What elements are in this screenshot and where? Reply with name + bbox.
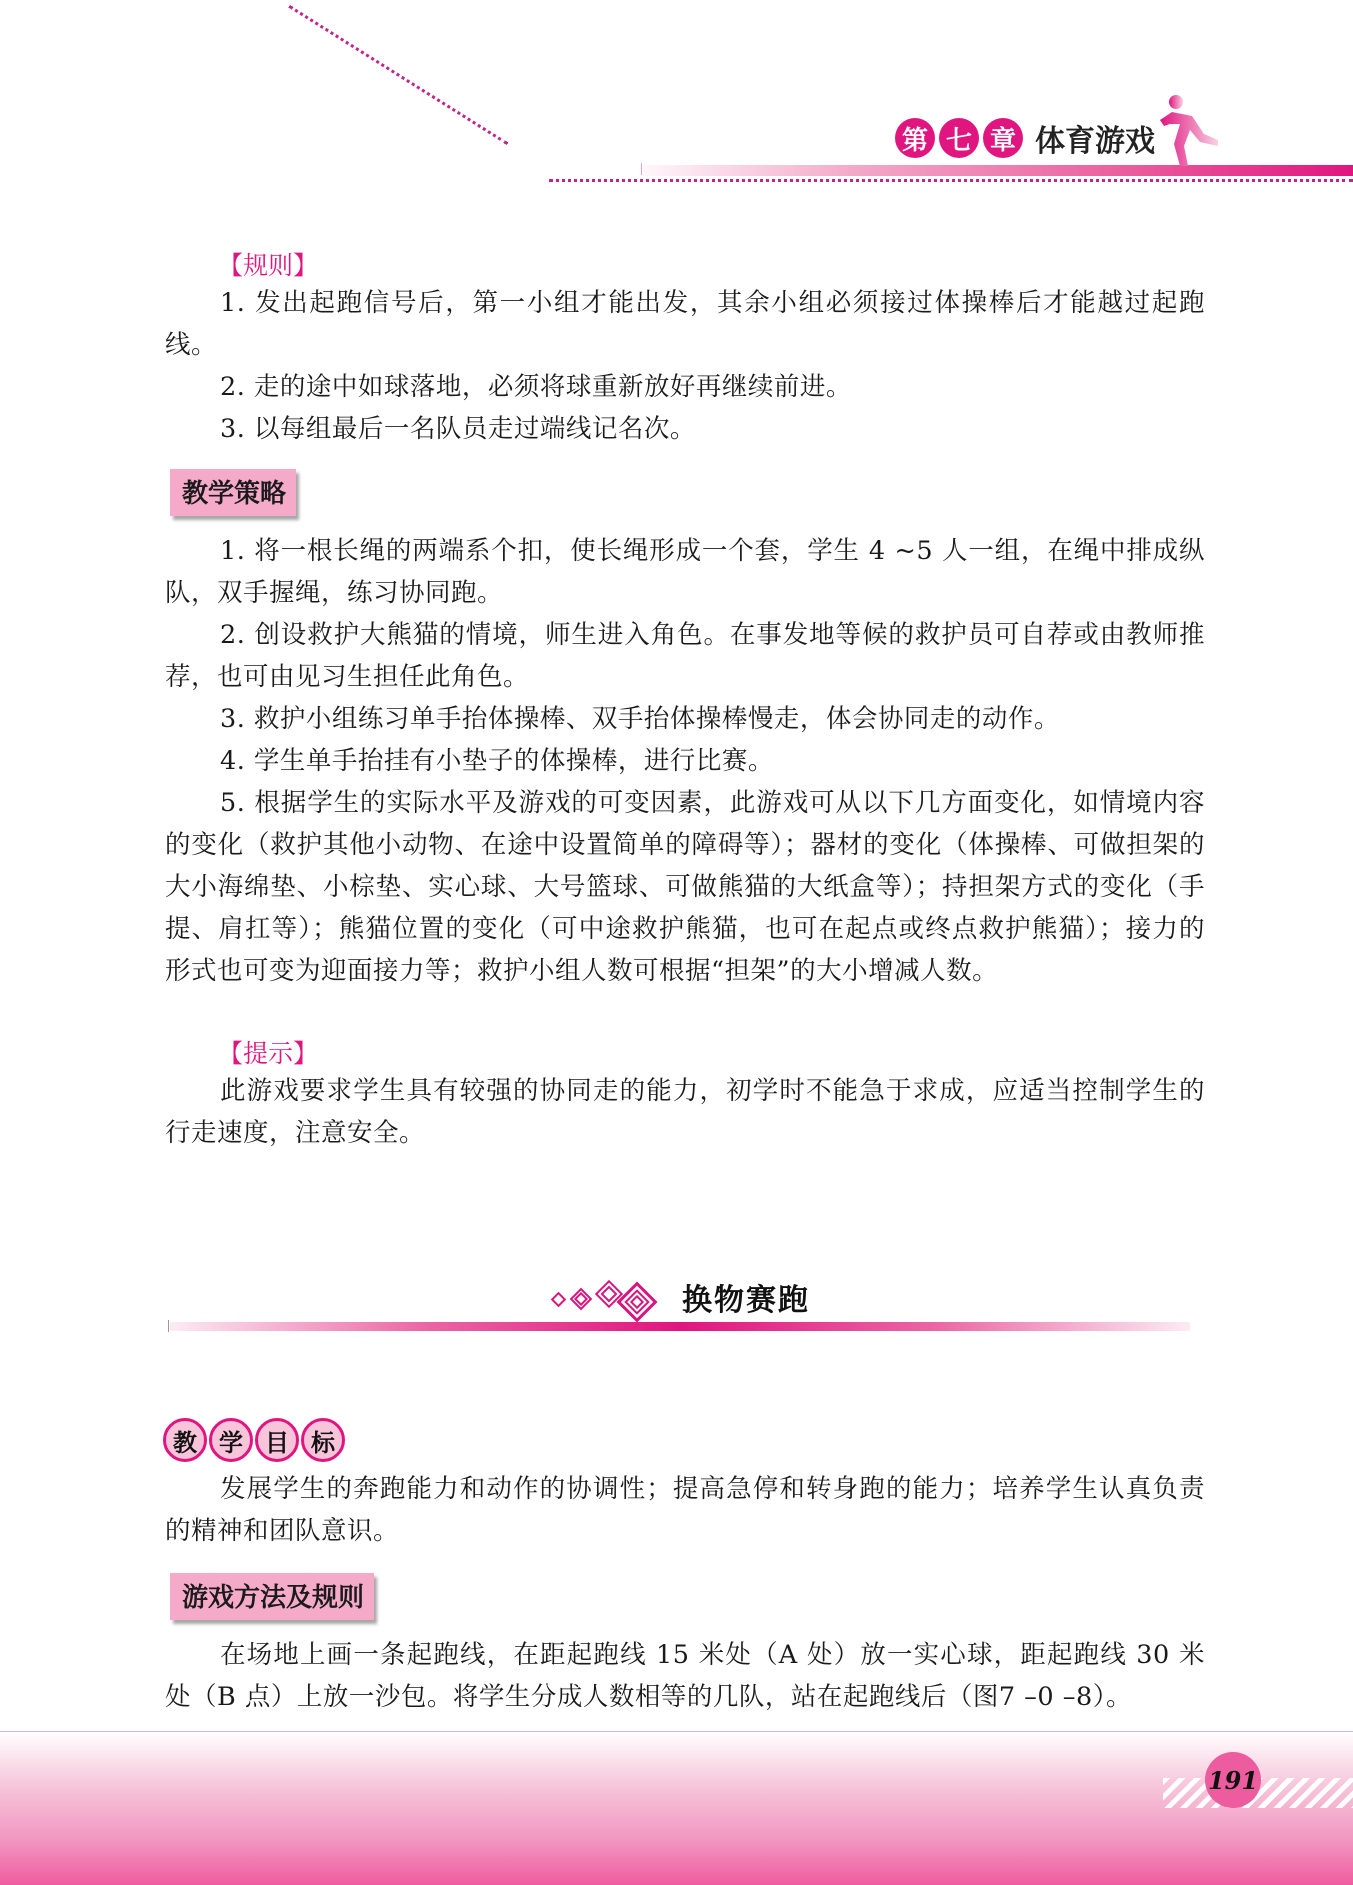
objective-char-circle: 学 — [209, 1418, 253, 1462]
strategy-tag: 教学策略 — [170, 469, 296, 516]
section-tick — [168, 1320, 169, 1332]
rule-item: 2. 走的途中如球落地，必须将球重新放好再继续前进。 — [165, 366, 1205, 408]
strategy-item: 5. 根据学生的实际水平及游戏的可变因素，此游戏可从以下几方面变化，如情境内容的… — [165, 782, 1205, 992]
hint-text: 此游戏要求学生具有较强的协同走的能力，初学时不能急于求成，应适当控制学生的行走速… — [165, 1070, 1205, 1154]
strategy-item: 4. 学生单手抬挂有小垫子的体操棒，进行比赛。 — [165, 740, 1205, 782]
method-tag: 游戏方法及规则 — [170, 1573, 374, 1620]
game-title: 换物赛跑 — [682, 1275, 810, 1319]
page-number: 191 — [1205, 1752, 1261, 1808]
diamond-icons — [548, 1275, 668, 1325]
objectives-tag: 教 学 目 标 — [163, 1418, 347, 1462]
hint-label: 【提示】 — [218, 1034, 318, 1070]
header-dotted-line — [549, 179, 1353, 182]
rule-item: 1. 发出起跑信号后，第一小组才能出发，其余小组必须接过体操棒后才能越过起跑线。 — [165, 282, 1205, 366]
section-gradient-bar — [170, 1322, 1190, 1331]
chapter-char-circle: 章 — [983, 118, 1023, 158]
footer-gradient — [0, 1732, 1353, 1885]
chapter-heading: 第 七 章 体育游戏 — [895, 116, 1155, 160]
rules-label: 【规则】 — [218, 246, 318, 282]
objective-char-circle: 标 — [301, 1418, 345, 1462]
strategy-item: 1. 将一根长绳的两端系个扣，使长绳形成一个套，学生 4 ~5 人一组，在绳中排… — [165, 530, 1205, 614]
chapter-char-circle: 第 — [895, 118, 935, 158]
chapter-char-circle: 七 — [939, 118, 979, 158]
strategy-item: 2. 创设救护大熊猫的情境，师生进入角色。在事发地等候的救护员可自荐或由教师推荐… — [165, 614, 1205, 698]
header-gradient-bar — [640, 165, 1353, 176]
method-text: 在场地上画一条起跑线，在距起跑线 15 米处（A 处）放一实心球，距起跑线 30… — [165, 1634, 1205, 1718]
strategy-item: 3. 救护小组练习单手抬体操棒、双手抬体操棒慢走，体会协同走的动作。 — [165, 698, 1205, 740]
rule-item: 3. 以每组最后一名队员走过端线记名次。 — [165, 408, 1205, 450]
objective-char-circle: 教 — [163, 1418, 207, 1462]
header-dotted-diagonal — [287, 5, 509, 148]
chapter-title: 体育游戏 — [1035, 116, 1155, 160]
objectives-text: 发展学生的奔跑能力和动作的协调性；提高急停和转身跑的能力；培养学生认真负责的精神… — [165, 1468, 1205, 1552]
objective-char-circle: 目 — [255, 1418, 299, 1462]
running-person-icon — [1158, 90, 1238, 170]
